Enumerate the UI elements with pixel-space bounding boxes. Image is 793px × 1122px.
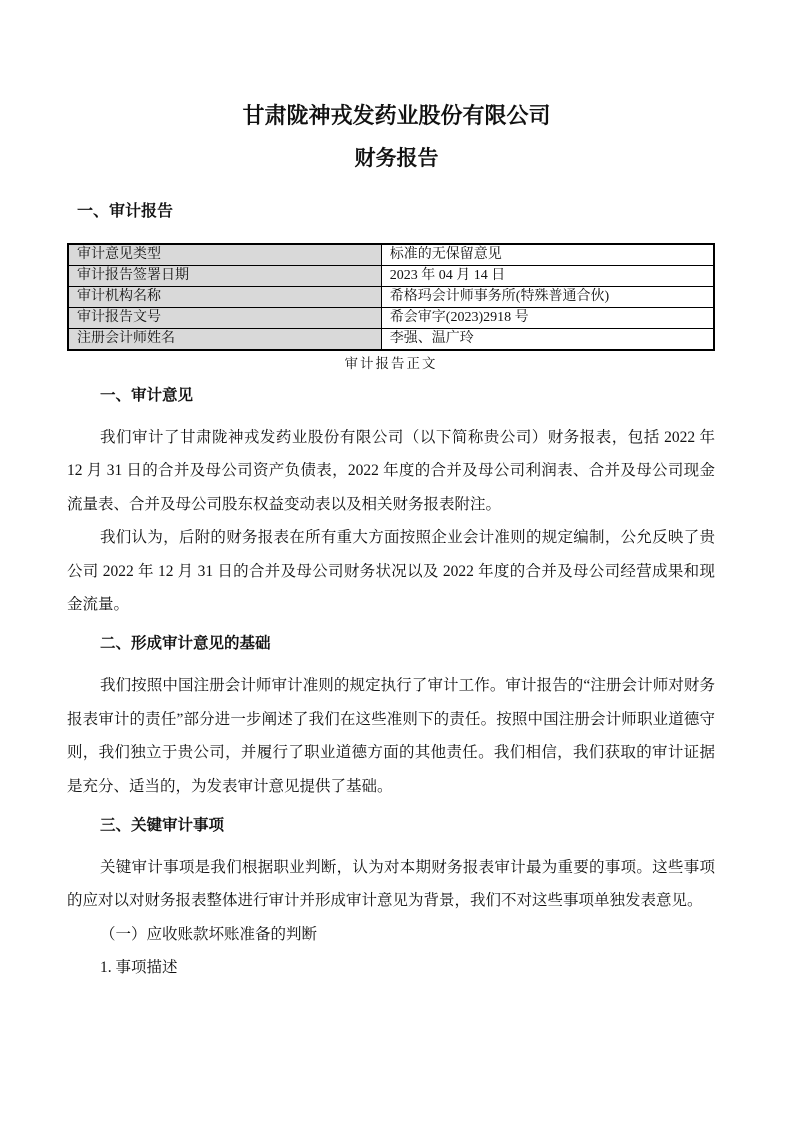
section-heading-basis-for-opinion: 二、形成审计意见的基础	[100, 633, 715, 655]
company-title: 甘肃陇神戎发药业股份有限公司	[0, 103, 793, 129]
opinion-paragraph-1: 我们审计了甘肃陇神戎发药业股份有限公司（以下简称贵公司）财务报表，包括 2022…	[67, 421, 715, 521]
key-matters-paragraph-1: 关键审计事项是我们根据职业判断，认为对本期财务报表审计最为重要的事项。这些事项的…	[67, 851, 715, 918]
row-label-sign-date: 审计报告签署日期	[68, 266, 381, 287]
row-label-cpa-names: 注册会计师姓名	[68, 329, 381, 351]
row-label-opinion-type: 审计意见类型	[68, 244, 381, 266]
table-row: 审计报告文号 希会审字(2023)2918 号	[68, 308, 714, 329]
document-page: 甘肃陇神戎发药业股份有限公司 财务报告 一、审计报告 审计意见类型 标准的无保留…	[0, 0, 793, 1122]
row-value-audit-firm: 希格玛会计师事务所(特殊普通合伙)	[381, 287, 714, 308]
row-value-opinion-type: 标准的无保留意见	[381, 244, 714, 266]
table-row: 审计机构名称 希格玛会计师事务所(特殊普通合伙)	[68, 287, 714, 308]
row-value-report-number: 希会审字(2023)2918 号	[381, 308, 714, 329]
row-label-report-number: 审计报告文号	[68, 308, 381, 329]
row-value-cpa-names: 李强、温广玲	[381, 329, 714, 351]
row-value-sign-date: 2023 年 04 月 14 日	[381, 266, 714, 287]
section-heading-key-audit-matters: 三、关键审计事项	[100, 815, 715, 837]
key-matter-sub-item: 1. 事项描述	[100, 951, 715, 984]
basis-paragraph-1: 我们按照中国注册会计师审计准则的规定执行了审计工作。审计报告的“注册会计师对财务…	[67, 669, 715, 803]
title-block: 甘肃陇神戎发药业股份有限公司 财务报告	[0, 103, 793, 171]
section-heading-audit-opinion: 一、审计意见	[100, 385, 715, 407]
section-heading-audit-report: 一、审计报告	[67, 202, 715, 222]
table-row: 审计报告签署日期 2023 年 04 月 14 日	[68, 266, 714, 287]
key-matter-item-heading: （一）应收账款坏账准备的判断	[100, 918, 715, 951]
audit-summary-table: 审计意见类型 标准的无保留意见 审计报告签署日期 2023 年 04 月 14 …	[67, 243, 715, 351]
report-subtitle: 财务报告	[0, 146, 793, 171]
opinion-paragraph-2: 我们认为，后附的财务报表在所有重大方面按照企业会计准则的规定编制，公允反映了贵公…	[67, 521, 715, 621]
table-row: 审计意见类型 标准的无保留意见	[68, 244, 714, 266]
row-label-audit-firm: 审计机构名称	[68, 287, 381, 308]
audit-report-body-caption: 审计报告正文	[67, 355, 715, 373]
page-content: 一、审计报告 审计意见类型 标准的无保留意见 审计报告签署日期 2023 年 0…	[67, 202, 715, 985]
table-row: 注册会计师姓名 李强、温广玲	[68, 329, 714, 351]
